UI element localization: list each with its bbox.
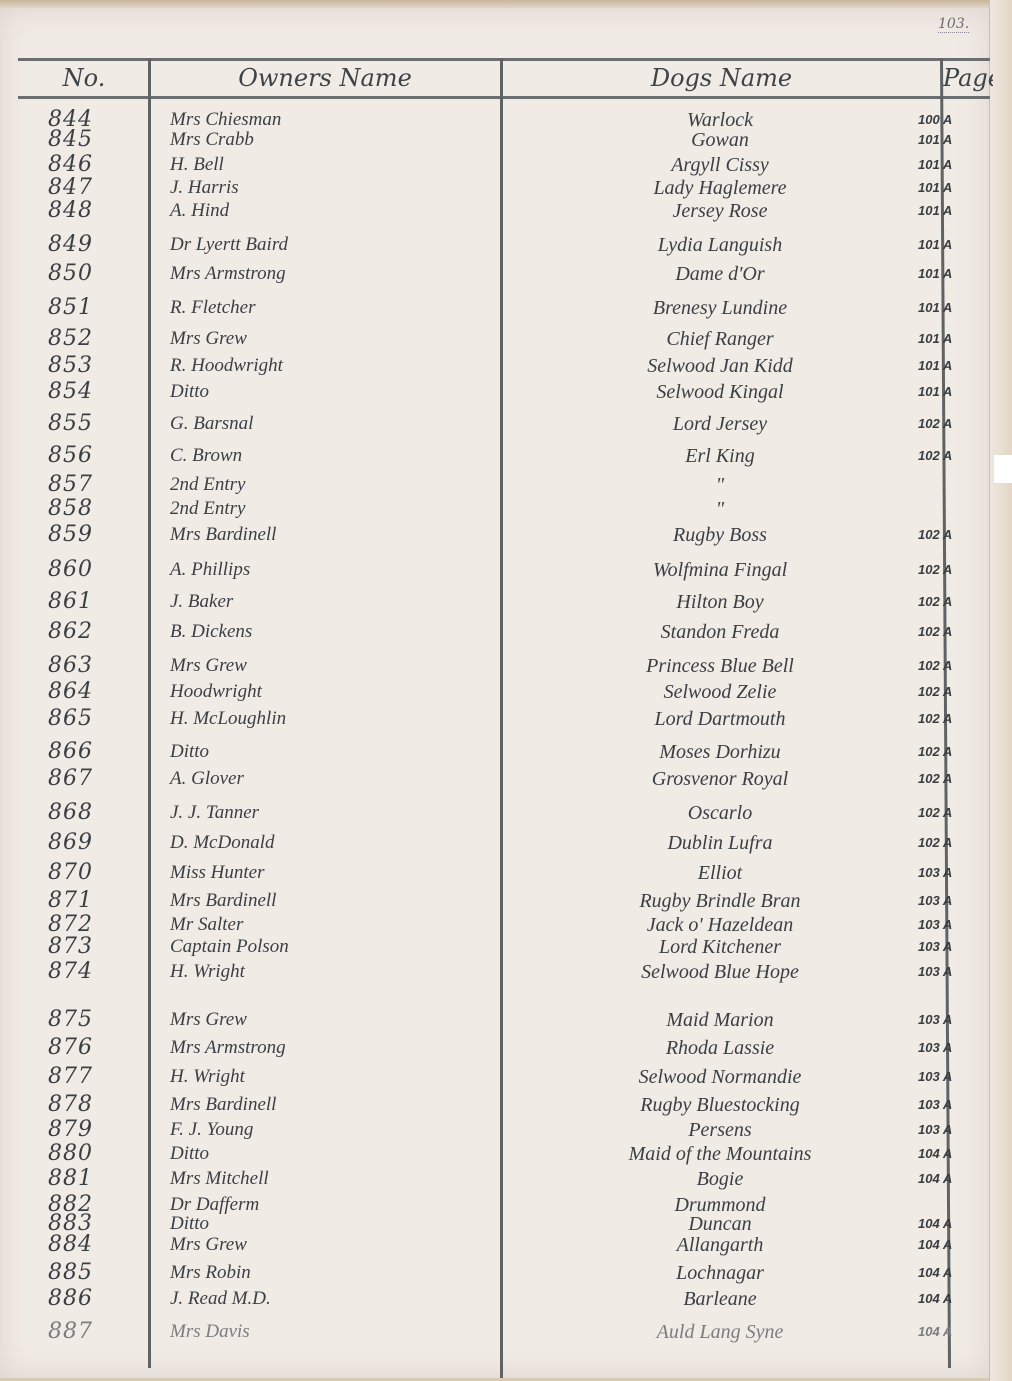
page-ref: 101 A — [918, 128, 988, 152]
table-row: 859Mrs BardinellRugby Boss102 A — [0, 523, 990, 547]
page-ref: 103 A — [918, 935, 988, 959]
page-ref: 101 A — [918, 233, 988, 257]
entry-number: 865 — [48, 707, 138, 731]
owner-name: Mr Salter — [160, 913, 570, 937]
entry-number: 877 — [48, 1065, 138, 1089]
page-ref: 104 A — [918, 1142, 988, 1166]
page-ref: 102 A — [918, 740, 988, 764]
entry-number: 886 — [48, 1287, 138, 1311]
table-row: 861J. BakerHilton Boy102 A — [0, 590, 990, 614]
page-ref: 104 A — [918, 1167, 988, 1191]
page-ref: 104 A — [918, 1287, 988, 1311]
dog-name: Oscarlo — [510, 801, 930, 825]
dog-name: Selwood Kingal — [510, 380, 930, 404]
owner-name: A. Phillips — [160, 558, 570, 582]
entry-number: 879 — [48, 1118, 138, 1142]
owner-name: Dr Lyertt Baird — [160, 233, 570, 257]
table-row: 848A. HindJersey Rose101 A — [0, 199, 990, 223]
table-row: 850Mrs ArmstrongDame d'Or101 A — [0, 262, 990, 286]
entry-number: 867 — [48, 767, 138, 791]
table-row: 860A. PhillipsWolfmina Fingal102 A — [0, 558, 990, 582]
owner-name: Ditto — [160, 740, 570, 764]
page-ref: 101 A — [918, 262, 988, 286]
entry-number: 876 — [48, 1036, 138, 1060]
entry-number: 857 — [48, 473, 138, 497]
dog-name: Selwood Normandie — [510, 1065, 930, 1089]
entry-number: 846 — [48, 153, 138, 177]
header-number: No. — [20, 60, 148, 96]
dog-name: Lord Kitchener — [510, 935, 930, 959]
page-ref: 101 A — [918, 153, 988, 177]
dog-name: Dame d'Or — [510, 262, 930, 286]
dog-name: Jersey Rose — [510, 199, 930, 223]
owner-name: Ditto — [160, 1142, 570, 1166]
entry-number: 875 — [48, 1008, 138, 1032]
dog-name: Auld Lang Syne — [510, 1320, 930, 1344]
owner-name: F. J. Young — [160, 1118, 570, 1142]
owner-name: J. J. Tanner — [160, 801, 570, 825]
owner-name: H. McLoughlin — [160, 707, 570, 731]
table-row: 851R. FletcherBrenesy Lundine101 A — [0, 296, 990, 320]
owner-name: Mrs Grew — [160, 1233, 570, 1257]
dog-name: Dublin Lufra — [510, 831, 930, 855]
owner-name: A. Hind — [160, 199, 570, 223]
page-ref: 104 A — [918, 1320, 988, 1344]
dog-name: Elliot — [510, 861, 930, 885]
dog-name: Lochnagar — [510, 1261, 930, 1285]
table-row: 846H. BellArgyll Cissy101 A — [0, 153, 990, 177]
page-ref: 102 A — [918, 831, 988, 855]
owner-name: B. Dickens — [160, 620, 570, 644]
table-row: 880DittoMaid of the Mountains104 A — [0, 1142, 990, 1166]
dog-name: Rugby Brindle Bran — [510, 889, 930, 913]
dog-name: Argyll Cissy — [510, 153, 930, 177]
table-row: 853R. HoodwrightSelwood Jan Kidd101 A — [0, 354, 990, 378]
entry-number: 881 — [48, 1167, 138, 1191]
owner-name: Mrs Davis — [160, 1320, 570, 1344]
page-ref: 103 A — [918, 861, 988, 885]
table-row: 845Mrs CrabbGowan101 A — [0, 128, 990, 152]
dog-name: Allangarth — [510, 1233, 930, 1257]
page-ref: 101 A — [918, 380, 988, 404]
page-ref: 102 A — [918, 654, 988, 678]
table-row: 866DittoMoses Dorhizu102 A — [0, 740, 990, 764]
page-ref: 104 A — [918, 1233, 988, 1257]
table-row: 847J. HarrisLady Haglemere101 A — [0, 176, 990, 200]
entry-number: 856 — [48, 444, 138, 468]
dog-name: Lord Dartmouth — [510, 707, 930, 731]
page-ref: 103 A — [918, 1036, 988, 1060]
dog-name: Rugby Bluestocking — [510, 1093, 930, 1117]
entry-number: 851 — [48, 296, 138, 320]
table-row: 878Mrs BardinellRugby Bluestocking103 A — [0, 1093, 990, 1117]
page-ref: 102 A — [918, 444, 988, 468]
page-ref: 102 A — [918, 680, 988, 704]
header-bottom-rule — [18, 96, 990, 99]
table-row: 887Mrs DavisAuld Lang Syne104 A — [0, 1320, 990, 1344]
owner-name: J. Baker — [160, 590, 570, 614]
page-ref — [918, 473, 988, 497]
owner-name: Hoodwright — [160, 680, 570, 704]
table-row: 855G. BarsnalLord Jersey102 A — [0, 412, 990, 436]
page-ref: 102 A — [918, 590, 988, 614]
dog-name: Erl King — [510, 444, 930, 468]
table-row: 879F. J. YoungPersens103 A — [0, 1118, 990, 1142]
entry-number: 868 — [48, 801, 138, 825]
owner-name: Mrs Grew — [160, 654, 570, 678]
entry-number: 853 — [48, 354, 138, 378]
book-edge — [989, 0, 1012, 1381]
page-tab — [994, 455, 1012, 483]
entry-number: 861 — [48, 590, 138, 614]
table-row: 852Mrs GrewChief Ranger101 A — [0, 327, 990, 351]
entry-number: 850 — [48, 262, 138, 286]
owner-name: Miss Hunter — [160, 861, 570, 885]
entry-number: 869 — [48, 831, 138, 855]
entry-number: 873 — [48, 935, 138, 959]
entry-number: 845 — [48, 128, 138, 152]
dog-name: Rugby Boss — [510, 523, 930, 547]
owner-name: C. Brown — [160, 444, 570, 468]
page-ref: 103 A — [918, 1065, 988, 1089]
owner-name: G. Barsnal — [160, 412, 570, 436]
dog-name: Barleane — [510, 1287, 930, 1311]
owner-name: Mrs Mitchell — [160, 1167, 570, 1191]
table-row: 875Mrs GrewMaid Marion103 A — [0, 1008, 990, 1032]
dog-name: Selwood Zelie — [510, 680, 930, 704]
table-row: 872Mr SalterJack o' Hazeldean103 A — [0, 913, 990, 937]
owner-name: Mrs Robin — [160, 1261, 570, 1285]
page-number: 103. — [938, 16, 969, 33]
page-ref: 102 A — [918, 801, 988, 825]
table-row: 8582nd Entry" — [0, 497, 990, 521]
entry-number: 874 — [48, 960, 138, 984]
table-row: 854DittoSelwood Kingal101 A — [0, 380, 990, 404]
table-row: 877H. WrightSelwood Normandie103 A — [0, 1065, 990, 1089]
page-ref: 102 A — [918, 620, 988, 644]
page-ref: 102 A — [918, 558, 988, 582]
entry-number: 860 — [48, 558, 138, 582]
table-row: 849Dr Lyertt BairdLydia Languish101 A — [0, 233, 990, 257]
entry-number: 847 — [48, 176, 138, 200]
entry-number: 880 — [48, 1142, 138, 1166]
owner-name: D. McDonald — [160, 831, 570, 855]
entry-number: 862 — [48, 620, 138, 644]
owner-name: Mrs Armstrong — [160, 262, 570, 286]
dog-name: " — [510, 497, 930, 521]
table-row: 8572nd Entry" — [0, 473, 990, 497]
owner-name: 2nd Entry — [160, 473, 570, 497]
entry-number: 854 — [48, 380, 138, 404]
owner-name: A. Glover — [160, 767, 570, 791]
owner-name: J. Harris — [160, 176, 570, 200]
entry-number: 849 — [48, 233, 138, 257]
owner-name: J. Read M.D. — [160, 1287, 570, 1311]
owner-name: H. Wright — [160, 1065, 570, 1089]
dog-name: Maid of the Mountains — [510, 1142, 930, 1166]
dog-name: Grosvenor Royal — [510, 767, 930, 791]
owner-name: R. Fletcher — [160, 296, 570, 320]
table-row: 870Miss HunterElliot103 A — [0, 861, 990, 885]
entry-number: 848 — [48, 199, 138, 223]
dog-name: Lady Haglemere — [510, 176, 930, 200]
table-row: 856C. BrownErl King102 A — [0, 444, 990, 468]
table-row: 869D. McDonaldDublin Lufra102 A — [0, 831, 990, 855]
dog-name: Wolfmina Fingal — [510, 558, 930, 582]
dog-name: Standon Freda — [510, 620, 930, 644]
table-row: 868J. J. TannerOscarlo102 A — [0, 801, 990, 825]
table-row: 873Captain PolsonLord Kitchener103 A — [0, 935, 990, 959]
dog-name: Lord Jersey — [510, 412, 930, 436]
dog-name: Persens — [510, 1118, 930, 1142]
dog-name: Bogie — [510, 1167, 930, 1191]
dog-name: Rhoda Lassie — [510, 1036, 930, 1060]
page-ref: 103 A — [918, 1008, 988, 1032]
owner-name: Mrs Armstrong — [160, 1036, 570, 1060]
page-ref: 103 A — [918, 889, 988, 913]
entry-number: 887 — [48, 1320, 138, 1344]
dog-name: Lydia Languish — [510, 233, 930, 257]
page-ref: 103 A — [918, 913, 988, 937]
entry-number: 884 — [48, 1233, 138, 1257]
table-row: 864HoodwrightSelwood Zelie102 A — [0, 680, 990, 704]
entry-number: 855 — [48, 412, 138, 436]
page-ref: 102 A — [918, 767, 988, 791]
owner-name: 2nd Entry — [160, 497, 570, 521]
page-ref: 101 A — [918, 176, 988, 200]
entry-number: 885 — [48, 1261, 138, 1285]
owner-name: Mrs Bardinell — [160, 889, 570, 913]
table-row: 865H. McLoughlinLord Dartmouth102 A — [0, 707, 990, 731]
entry-number: 863 — [48, 654, 138, 678]
page-ref: 102 A — [918, 412, 988, 436]
owner-name: Ditto — [160, 380, 570, 404]
entry-number: 859 — [48, 523, 138, 547]
entry-number: 866 — [48, 740, 138, 764]
owner-name: Mrs Grew — [160, 1008, 570, 1032]
table-row: 874H. WrightSelwood Blue Hope103 A — [0, 960, 990, 984]
dog-name: Selwood Jan Kidd — [510, 354, 930, 378]
dog-name: Gowan — [510, 128, 930, 152]
page-ref — [918, 497, 988, 521]
owner-name: Mrs Crabb — [160, 128, 570, 152]
page-ref: 101 A — [918, 296, 988, 320]
entry-number: 864 — [48, 680, 138, 704]
owner-name: Mrs Grew — [160, 327, 570, 351]
dog-name: Moses Dorhizu — [510, 740, 930, 764]
owner-name: R. Hoodwright — [160, 354, 570, 378]
table-row: 876Mrs ArmstrongRhoda Lassie103 A — [0, 1036, 990, 1060]
table-row: 863Mrs GrewPrincess Blue Bell102 A — [0, 654, 990, 678]
header-dog: Dogs Name — [503, 60, 940, 96]
header-owner: Owners Name — [150, 60, 500, 96]
dog-name: Chief Ranger — [510, 327, 930, 351]
dog-name: Maid Marion — [510, 1008, 930, 1032]
entry-number: 852 — [48, 327, 138, 351]
page-ref: 104 A — [918, 1261, 988, 1285]
dog-name: Hilton Boy — [510, 590, 930, 614]
table-row: 884Mrs GrewAllangarth104 A — [0, 1233, 990, 1257]
entry-number: 858 — [48, 497, 138, 521]
page-ref: 102 A — [918, 523, 988, 547]
table-row: 871Mrs BardinellRugby Brindle Bran103 A — [0, 889, 990, 913]
dog-name: Brenesy Lundine — [510, 296, 930, 320]
dog-name: Princess Blue Bell — [510, 654, 930, 678]
entry-number: 878 — [48, 1093, 138, 1117]
page-ref: 101 A — [918, 354, 988, 378]
owner-name: H. Bell — [160, 153, 570, 177]
page-ref: 101 A — [918, 327, 988, 351]
table-row: 885Mrs RobinLochnagar104 A — [0, 1261, 990, 1285]
table-row: 862B. DickensStandon Freda102 A — [0, 620, 990, 644]
page-ref: 103 A — [918, 1118, 988, 1142]
entry-number: 871 — [48, 889, 138, 913]
table-row: 886J. Read M.D.Barleane104 A — [0, 1287, 990, 1311]
page-ref: 103 A — [918, 1093, 988, 1117]
dog-name: Selwood Blue Hope — [510, 960, 930, 984]
header-page: Page — [943, 60, 993, 96]
dog-name: Jack o' Hazeldean — [510, 913, 930, 937]
owner-name: Mrs Bardinell — [160, 523, 570, 547]
page-ref: 103 A — [918, 960, 988, 984]
table-row: 881Mrs MitchellBogie104 A — [0, 1167, 990, 1191]
entry-number: 870 — [48, 861, 138, 885]
dog-name: " — [510, 473, 930, 497]
page-ref: 101 A — [918, 199, 988, 223]
page-ref: 102 A — [918, 707, 988, 731]
table-row: 867A. GloverGrosvenor Royal102 A — [0, 767, 990, 791]
owner-name: Captain Polson — [160, 935, 570, 959]
owner-name: Mrs Bardinell — [160, 1093, 570, 1117]
owner-name: H. Wright — [160, 960, 570, 984]
